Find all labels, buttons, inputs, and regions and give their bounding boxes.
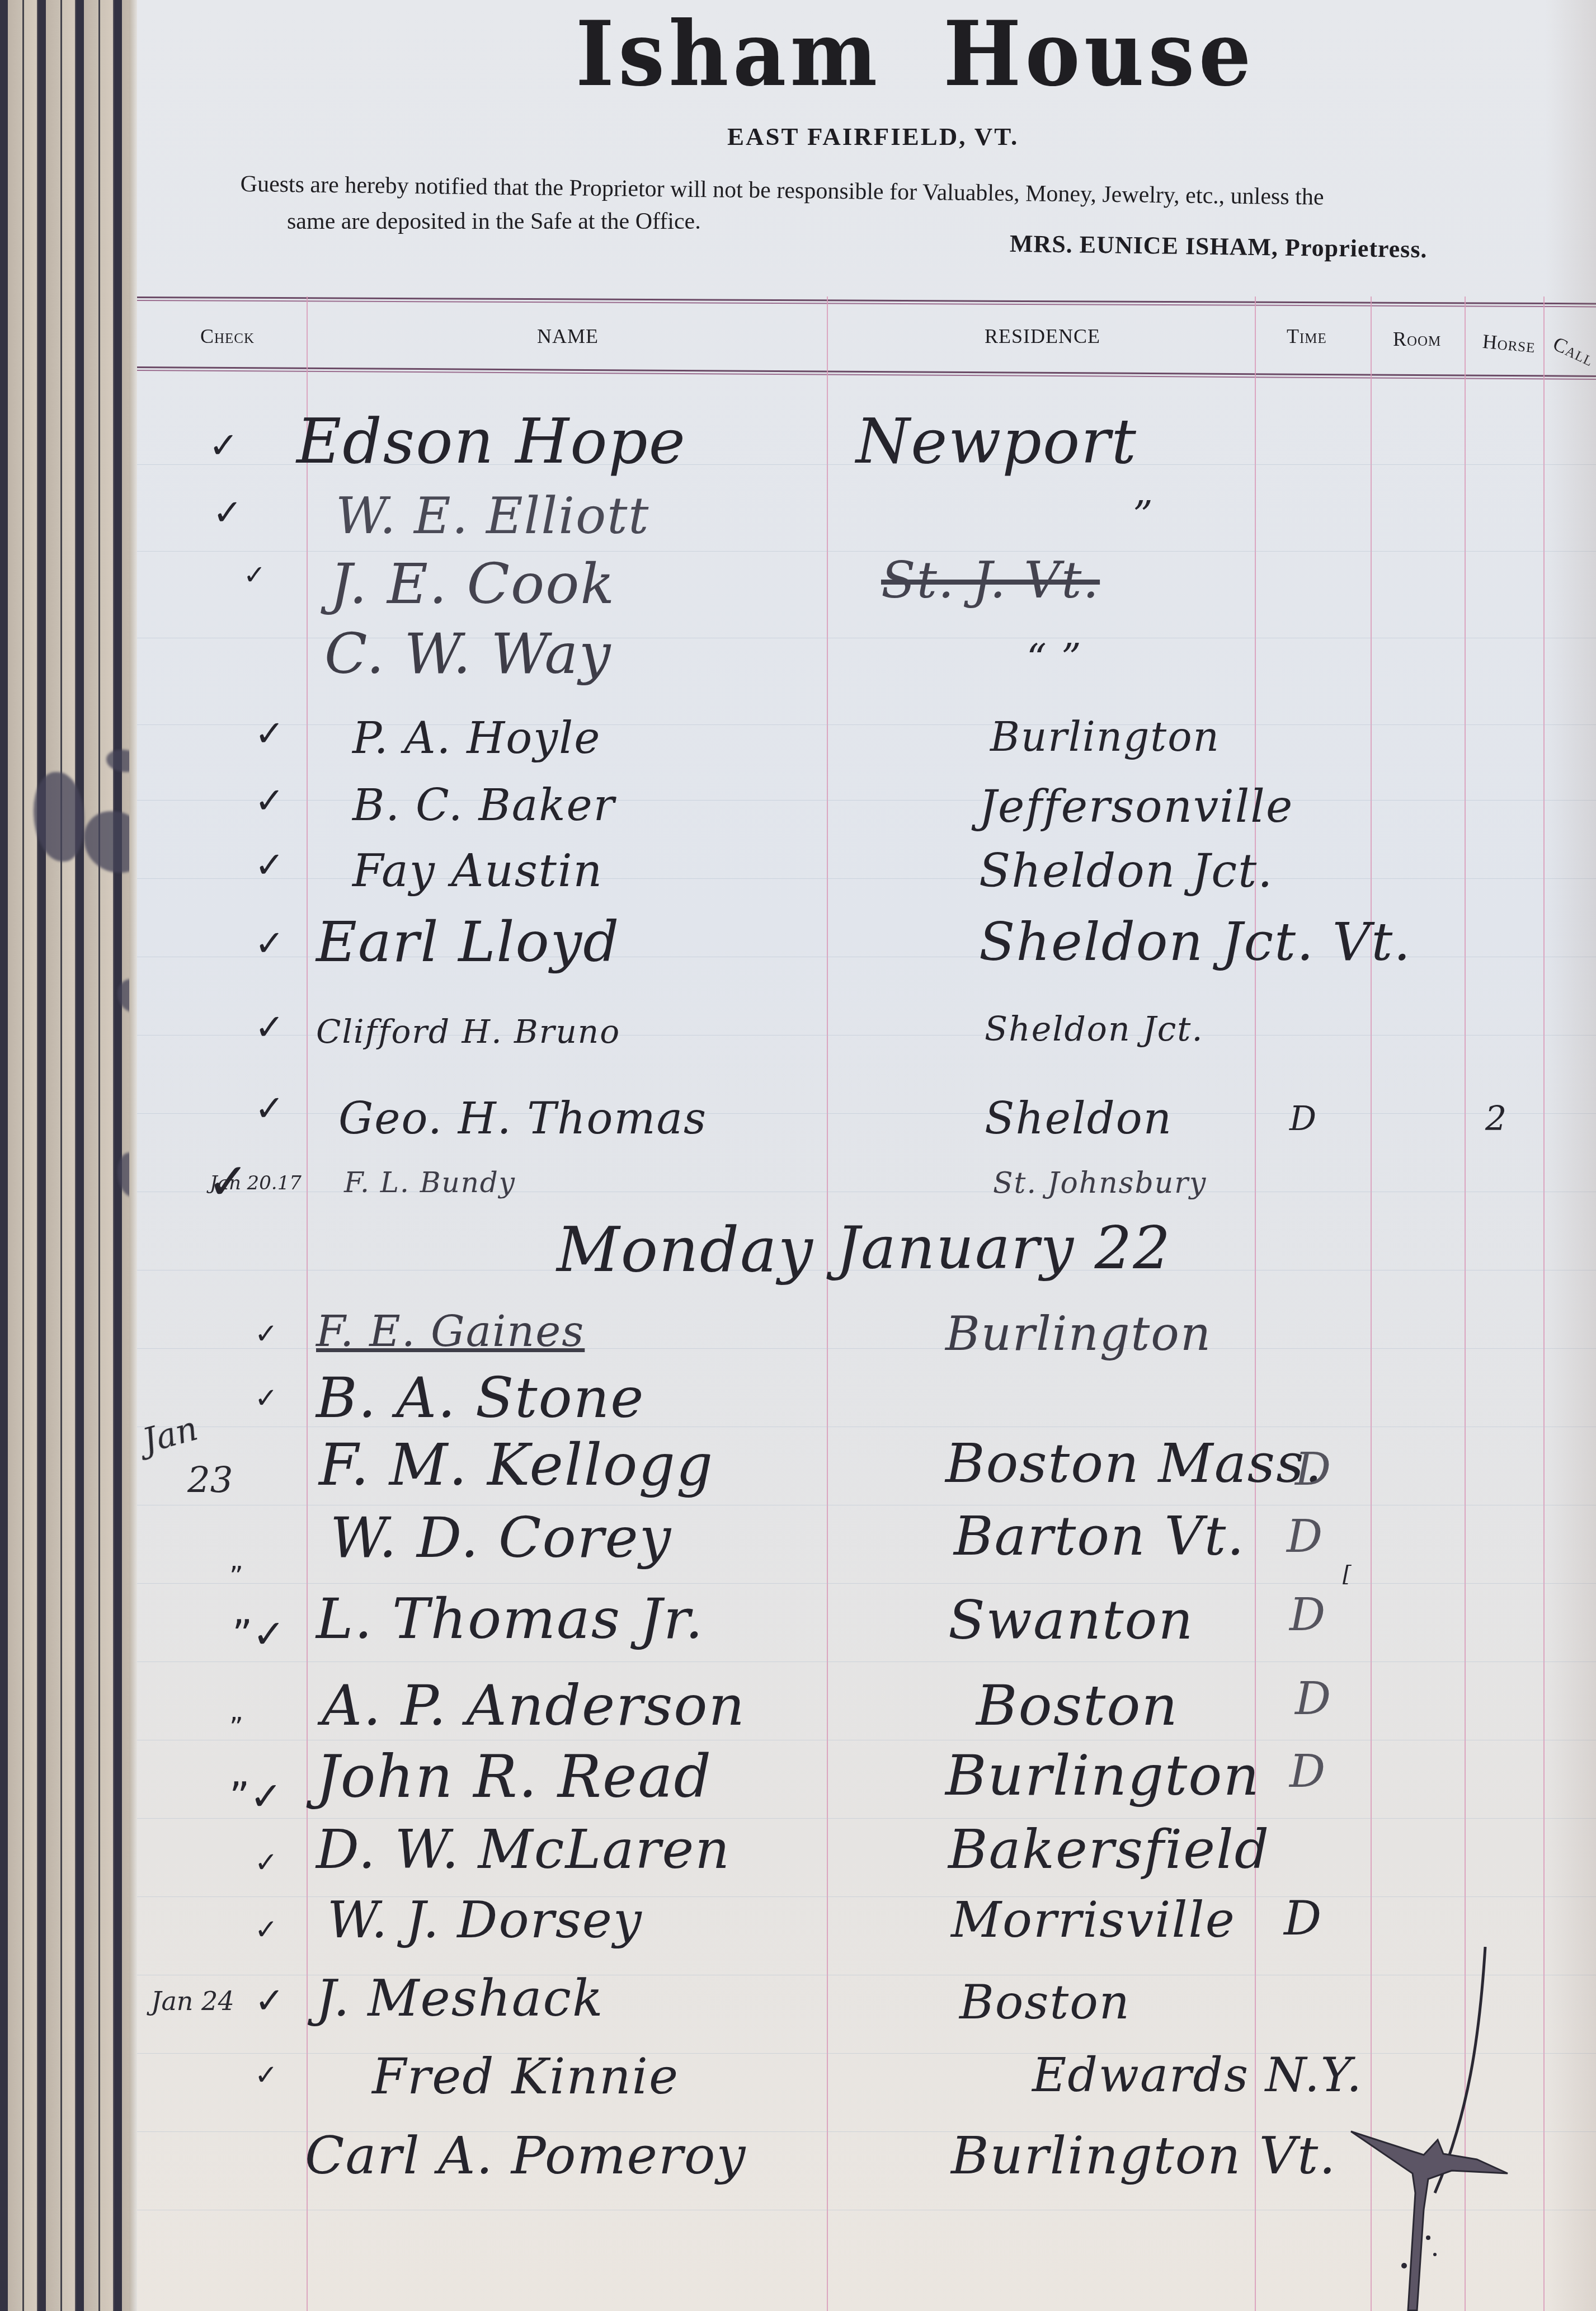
time-mark: D bbox=[1295, 1673, 1332, 1725]
guest-residence: Sheldon Jct. Vt. bbox=[979, 912, 1411, 973]
check-mark: ✓ bbox=[255, 1913, 278, 1946]
check-mark: ✓ bbox=[255, 780, 285, 822]
check-mark: ”✓ bbox=[229, 1773, 283, 1819]
register-page: IshamHouse EAST FAIRFIELD, VT. Guests ar… bbox=[137, 0, 1596, 2311]
guest-name: Clifford H. Bruno bbox=[316, 1013, 620, 1051]
column-divider bbox=[827, 296, 828, 2311]
guest-name: Earl Lloyd bbox=[316, 909, 620, 975]
check-mark: ✓ bbox=[255, 1382, 278, 1414]
time-mark: D bbox=[1284, 1891, 1322, 1946]
date-line-date: January 22 bbox=[836, 1214, 1171, 1282]
check-mark: ✓ bbox=[255, 1980, 285, 2022]
ledger-page-edges bbox=[0, 0, 137, 2311]
margin-date-note: Jan bbox=[139, 1409, 202, 1461]
guest-name: C. W. Way bbox=[324, 621, 612, 686]
column-header-check: Check bbox=[200, 324, 255, 348]
guest-residence: Boston bbox=[959, 1975, 1131, 2030]
guest-residence: ” bbox=[1133, 492, 1154, 538]
guest-name: Edson Hope bbox=[296, 406, 686, 477]
check-mark: ✓ bbox=[255, 1088, 285, 1129]
guest-name: D. W. McLaren bbox=[316, 1818, 731, 1881]
guest-residence: “ ” bbox=[1027, 635, 1082, 681]
column-header-row: Check NAME RESIDENCE Time Room Horse Cal… bbox=[137, 305, 1596, 372]
date-line-day: Monday bbox=[557, 1214, 814, 1286]
guest-residence: Edwards N.Y. bbox=[1032, 2048, 1363, 2102]
location: EAST FAIRFIELD, VT. bbox=[727, 122, 1019, 151]
check-mark: ✓ bbox=[255, 713, 285, 755]
guest-name: F. L. Bundy bbox=[344, 1166, 516, 1199]
column-header-name: NAME bbox=[537, 324, 599, 348]
guest-name: Geo. H. Thomas bbox=[338, 1094, 707, 1144]
horse-count: 2 bbox=[1485, 1099, 1508, 1138]
ink-blot bbox=[34, 772, 84, 862]
column-header-room: Room bbox=[1393, 327, 1441, 351]
margin-date-note: Jan 20.17 bbox=[210, 1172, 302, 1194]
check-mark: ✓ bbox=[209, 425, 239, 467]
page-title: IshamHouse bbox=[195, 1, 1537, 106]
time-mark: D bbox=[1289, 1745, 1326, 1797]
check-mark: ✓ bbox=[255, 923, 285, 964]
column-header-call: Call bbox=[1550, 332, 1596, 371]
guest-name: John R. Read bbox=[316, 1743, 712, 1811]
row-rule bbox=[137, 1740, 1596, 1740]
notice-line-1: Guests are hereby notified that the Prop… bbox=[240, 171, 1527, 213]
guest-name: Fay Austin bbox=[352, 845, 603, 897]
guest-residence: Barton Vt. bbox=[954, 1505, 1245, 1568]
guest-residence: Bakersfield bbox=[948, 1818, 1270, 1881]
check-mark: ✓ bbox=[255, 1007, 285, 1048]
time-mark: D bbox=[1289, 1589, 1326, 1641]
guest-residence: Boston bbox=[976, 1673, 1179, 1738]
ditto-mark: ” bbox=[229, 1712, 243, 1743]
guest-name: F. E. Gaines bbox=[316, 1306, 585, 1356]
guest-name: B. A. Stone bbox=[316, 1365, 644, 1430]
guest-residence: St. Johnsbury bbox=[993, 1166, 1207, 1200]
ink-splash bbox=[1340, 1947, 1575, 2311]
guest-residence: Burlington bbox=[945, 1306, 1212, 1361]
guest-residence: Morrisville bbox=[951, 1891, 1236, 1948]
guest-name: W. J. Dorsey bbox=[327, 1891, 643, 1950]
time-mark: D bbox=[1287, 1510, 1324, 1562]
margin-date-note: Jan 24 bbox=[151, 1986, 234, 2016]
guest-residence: Boston Mass. bbox=[945, 1432, 1323, 1495]
title-word-2: House bbox=[943, 1, 1255, 106]
guest-residence: Jeffersonville bbox=[979, 780, 1293, 832]
guest-residence: Sheldon bbox=[985, 1094, 1173, 1144]
guest-name: Carl A. Pomeroy bbox=[305, 2126, 746, 2186]
guest-name: F. M. Kellogg bbox=[319, 1432, 714, 1499]
guest-residence: Newport bbox=[856, 406, 1137, 477]
guest-residence: Sheldon Jct. bbox=[979, 845, 1273, 898]
guest-residence: Sheldon Jct. bbox=[985, 1010, 1204, 1049]
bracket-mark: [ bbox=[1343, 1561, 1353, 1587]
title-word-1: Isham bbox=[576, 1, 882, 106]
ink-blot bbox=[84, 811, 145, 873]
check-mark: ✓ bbox=[255, 2059, 278, 2091]
guest-name: W. E. Elliott bbox=[336, 487, 649, 545]
ink-blot bbox=[106, 750, 140, 772]
check-mark: ”✓ bbox=[232, 1611, 285, 1657]
check-mark: ✓ bbox=[255, 1846, 278, 1879]
margin-date-note: 23 bbox=[187, 1460, 233, 1502]
column-header-residence: RESIDENCE bbox=[985, 324, 1100, 348]
time-mark: D bbox=[1289, 1099, 1317, 1138]
proprietress: MRS. EUNICE ISHAM, Proprietress. bbox=[1010, 229, 1428, 263]
column-header-horse: Horse bbox=[1481, 330, 1536, 357]
guest-residence: St. J. Vt. bbox=[881, 551, 1100, 610]
guest-name: L. Thomas Jr. bbox=[316, 1586, 704, 1651]
guest-residence: Burlington Vt. bbox=[951, 2126, 1336, 2186]
guest-residence: Burlington bbox=[990, 713, 1220, 760]
time-mark: D bbox=[1295, 1443, 1332, 1495]
guest-name: W. D. Corey bbox=[330, 1505, 672, 1570]
check-mark: ✓ bbox=[255, 845, 285, 886]
column-divider bbox=[1255, 296, 1256, 2311]
column-divider bbox=[307, 296, 308, 2311]
guest-residence: Swanton bbox=[948, 1589, 1194, 1651]
guest-residence: Burlington bbox=[945, 1743, 1260, 1808]
check-mark: ✓ bbox=[243, 559, 266, 591]
column-header-time: Time bbox=[1287, 324, 1327, 348]
check-mark: ✓ bbox=[213, 492, 243, 534]
notice-line-2: same are deposited in the Safe at the Of… bbox=[287, 208, 701, 235]
row-rule bbox=[137, 1583, 1596, 1584]
guest-name: A. P. Anderson bbox=[322, 1673, 746, 1738]
row-rule bbox=[137, 1662, 1596, 1662]
check-mark: ✓ bbox=[255, 1317, 278, 1350]
ditto-mark: ” bbox=[229, 1561, 243, 1592]
guest-name: J. Meshack bbox=[316, 1969, 604, 2028]
guest-name: Fred Kinnie bbox=[372, 2048, 679, 2105]
guest-name: J. E. Cook bbox=[330, 551, 615, 616]
guest-name: B. C. Baker bbox=[352, 780, 615, 831]
guest-name: P. A. Hoyle bbox=[352, 713, 601, 764]
